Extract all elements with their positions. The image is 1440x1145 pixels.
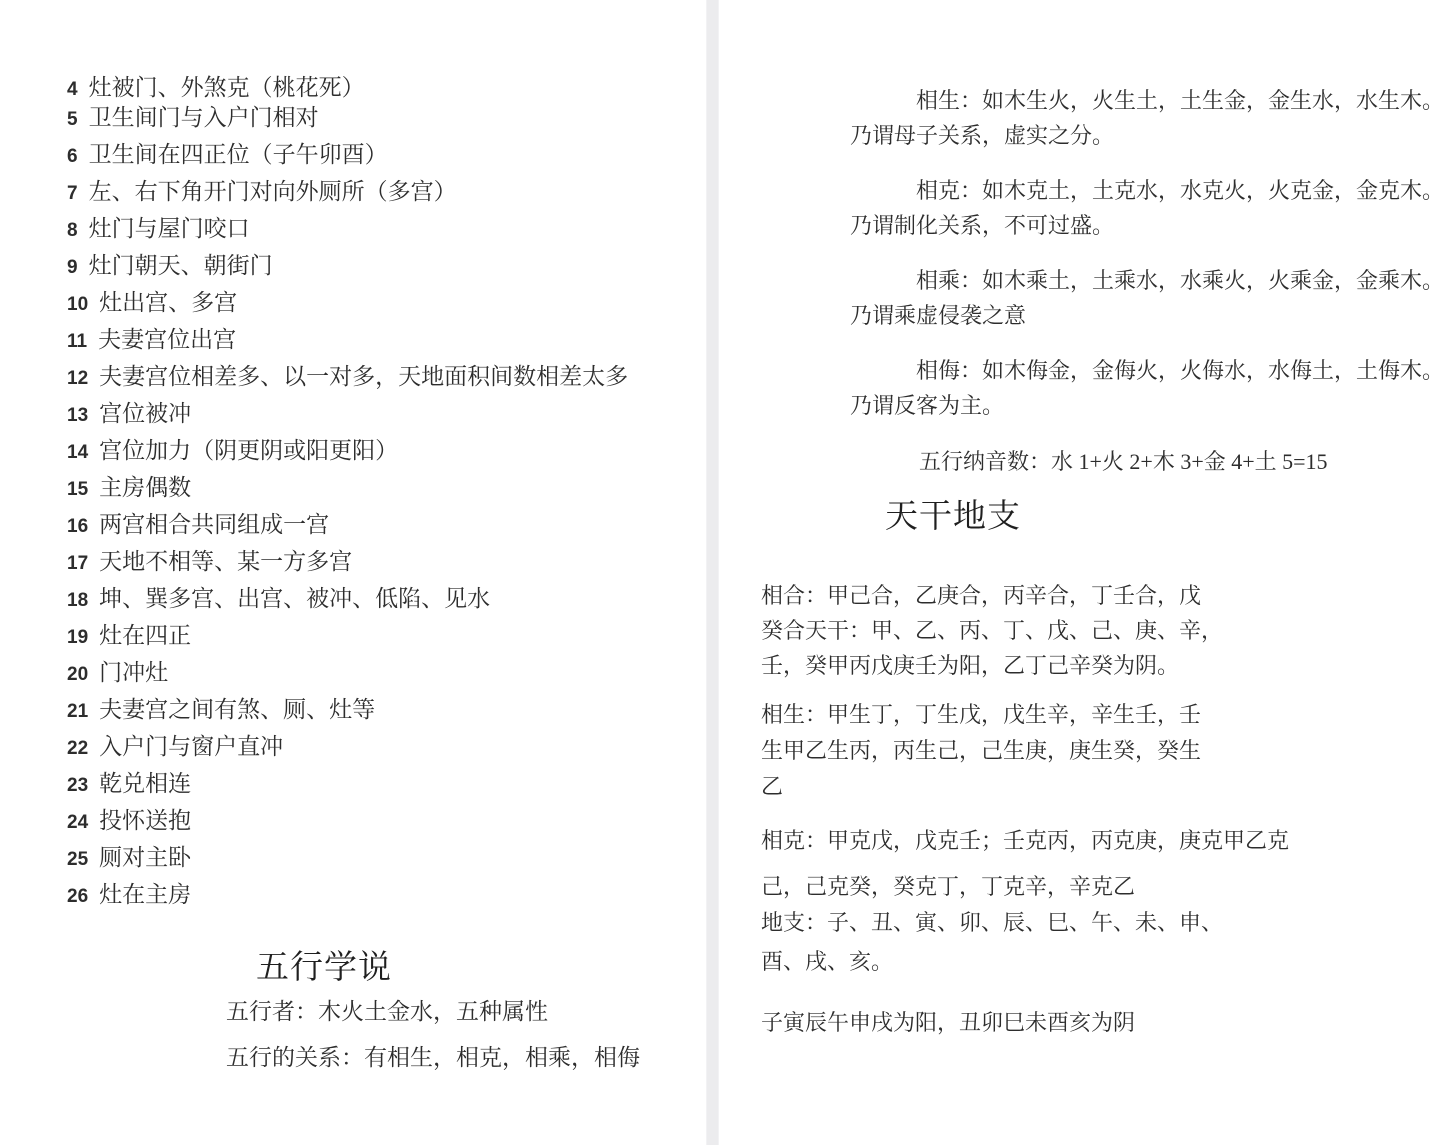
list-item-number: 15: [67, 476, 88, 504]
paragraph-line: 乃谓母子关系，虚实之分。: [850, 118, 1440, 153]
list-item: 26灶在主房: [67, 881, 628, 911]
list-item-number: 19: [67, 624, 88, 652]
list-item-text: 灶门与屋门咬口: [89, 215, 250, 243]
paragraph-line: 乃谓乘虚侵袭之意: [850, 298, 1440, 333]
paragraph-line: 癸合天干：甲、乙、丙、丁、戊、己、庚、辛，: [761, 613, 1223, 648]
list-item-text: 宫位被冲: [99, 400, 191, 428]
paragraph-line: 生甲乙生丙，丙生己，己生庚，庚生癸，癸生: [761, 733, 1201, 769]
paragraph-xiangwu: 相侮：如木侮金，金侮火，火侮水，水侮土，土侮木。 乃谓反客为主。: [850, 353, 1440, 423]
list-item: 12夫妻宫位相差多、以一对多，天地面积间数相差太多: [67, 363, 628, 393]
list-item-text: 左、右下角开门对向外厕所（多宫）: [89, 178, 457, 206]
paragraph-line: 相合：甲己合，乙庚合，丙辛合，丁壬合，戊: [761, 578, 1223, 613]
list-item-number: 20: [67, 661, 88, 689]
list-item-number: 18: [67, 587, 88, 615]
list-item: 23乾兑相连: [67, 770, 628, 800]
list-item: 19灶在四正: [67, 622, 628, 652]
page-gutter-divider: [706, 0, 719, 1145]
list-item: 4灶被门、外煞克（桃花死）: [67, 74, 628, 104]
nayin-numbers-line: 五行纳音数：水 1+火 2+木 3+金 4+土 5=15: [919, 445, 1328, 476]
list-item: 8灶门与屋门咬口: [67, 215, 628, 245]
list-item-text: 乾兑相连: [99, 770, 191, 798]
paragraph-line: 子寅辰午申戌为阳，丑卯巳未酉亥为阴: [761, 1005, 1135, 1041]
list-item-text: 坤、巽多宫、出宫、被冲、低陷、见水: [99, 585, 490, 613]
list-item-number: 10: [67, 291, 88, 319]
list-item-text: 厕对主卧: [99, 844, 191, 872]
list-item: 25厕对主卧: [67, 844, 628, 874]
list-item-text: 灶出宫、多宫: [99, 289, 237, 317]
list-item-text: 宫位加力（阴更阴或阳更阳）: [99, 437, 398, 465]
list-item-text: 入户门与窗户直冲: [99, 733, 283, 761]
paragraph-line: 相生：如木生火，火生土，土生金，金生水，水生木。: [850, 83, 1440, 118]
paragraph-line: 相侮：如木侮金，金侮火，火侮水，水侮土，土侮木。: [850, 353, 1440, 388]
page-right: 相生：如木生火，火生土，土生金，金生水，水生木。 乃谓母子关系，虚实之分。 相克…: [719, 0, 1440, 1145]
list-item-number: 22: [67, 735, 88, 763]
paragraph-line: 乃谓制化关系，不可过盛。: [850, 208, 1440, 243]
list-item-number: 16: [67, 513, 88, 541]
list-item-number: 9: [67, 254, 78, 282]
paragraph-line: 酉、戌、亥。: [761, 942, 1223, 981]
list-item: 11夫妻宫位出宫: [67, 326, 628, 356]
paragraph-xianghe-stems: 相合：甲己合，乙庚合，丙辛合，丁壬合，戊 癸合天干：甲、乙、丙、丁、戊、己、庚、…: [761, 578, 1223, 683]
list-item-number: 24: [67, 809, 88, 837]
list-item: 14宫位加力（阴更阴或阳更阳）: [67, 437, 628, 467]
paragraph-xiangcheng: 相乘：如木乘土，土乘水，水乘火，火乘金，金乘木。 乃谓乘虚侵袭之意: [850, 263, 1440, 333]
list-item: 18坤、巽多宫、出宫、被冲、低陷、见水: [67, 585, 628, 615]
page-left: 4灶被门、外煞克（桃花死） 5卫生间门与入户门相对 6卫生间在四正位（子午卯酉）…: [0, 0, 706, 1145]
list-item-number: 13: [67, 402, 88, 430]
paragraph-xiangsheng: 相生：如木生火，火生土，土生金，金生水，水生木。 乃谓母子关系，虚实之分。: [850, 83, 1440, 153]
list-item-text: 卫生间在四正位（子午卯酉）: [89, 141, 388, 169]
heading-wuxing-theory: 五行学说: [256, 941, 392, 988]
list-item: 20门冲灶: [67, 659, 628, 689]
list-item-number: 23: [67, 772, 88, 800]
list-item-number: 26: [67, 883, 88, 911]
paragraph-line: 壬，癸甲丙戊庚壬为阳，乙丁己辛癸为阴。: [761, 648, 1223, 683]
list-item-number: 6: [67, 143, 78, 171]
paragraph-xiangke-stems: 相克：甲克戊，戊克壬；壬克丙，丙克庚，庚克甲乙克 己，己克癸，癸克丁，丁克辛，辛…: [761, 818, 1289, 910]
list-item-number: 5: [67, 106, 78, 134]
wuxing-members-line: 五行者：木火土金水，五种属性: [226, 998, 548, 1026]
list-item-text: 灶在四正: [99, 622, 191, 650]
list-item-text: 灶在主房: [99, 881, 191, 909]
wuxing-relations-line: 五行的关系：有相生，相克，相乘，相侮: [226, 1044, 640, 1072]
list-item: 15主房偶数: [67, 474, 628, 504]
paragraph-line: 乙: [761, 769, 1201, 805]
list-item-text: 卫生间门与入户门相对: [89, 104, 319, 132]
list-item: 13宫位被冲: [67, 400, 628, 430]
list-item: 24投怀送抱: [67, 807, 628, 837]
list-item-number: 12: [67, 365, 88, 393]
paragraph-dizhi-branches: 地支：子、丑、寅、卯、辰、巳、午、未、申、 酉、戌、亥。: [761, 903, 1223, 981]
list-item: 6卫生间在四正位（子午卯酉）: [67, 141, 628, 171]
list-item-text: 主房偶数: [99, 474, 191, 502]
list-item: 9灶门朝天、朝街门: [67, 252, 628, 282]
paragraph-line: 地支：子、丑、寅、卯、辰、巳、午、未、申、: [761, 903, 1223, 942]
list-item-number: 14: [67, 439, 88, 467]
paragraph-line: 相生：甲生丁，丁生戊，戊生辛，辛生壬，壬: [761, 697, 1201, 733]
list-item-text: 门冲灶: [99, 659, 168, 687]
list-item-number: 21: [67, 698, 88, 726]
list-item-text: 天地不相等、某一方多宫: [99, 548, 352, 576]
list-item-number: 25: [67, 846, 88, 874]
paragraph-line: 相乘：如木乘土，土乘水，水乘火，火乘金，金乘木。: [850, 263, 1440, 298]
list-item-text: 夫妻宫位相差多、以一对多，天地面积间数相差太多: [99, 363, 628, 391]
fault-list: 4灶被门、外煞克（桃花死） 5卫生间门与入户门相对 6卫生间在四正位（子午卯酉）…: [67, 74, 628, 918]
paragraph-line: 相克：甲克戊，戊克壬；壬克丙，丙克庚，庚克甲乙克: [761, 818, 1289, 864]
list-item: 5卫生间门与入户门相对: [67, 104, 628, 134]
list-item-text: 两宫相合共同组成一宫: [99, 511, 329, 539]
list-item: 7左、右下角开门对向外厕所（多宫）: [67, 178, 628, 208]
list-item-number: 17: [67, 550, 88, 578]
list-item-number: 8: [67, 217, 78, 245]
list-item-number: 7: [67, 180, 78, 208]
paragraph-xiangke: 相克：如木克土，土克水，水克火，火克金，金克木。 乃谓制化关系，不可过盛。: [850, 173, 1440, 243]
list-item: 21夫妻宫之间有煞、厕、灶等: [67, 696, 628, 726]
list-item: 22入户门与窗户直冲: [67, 733, 628, 763]
list-item: 16两宫相合共同组成一宫: [67, 511, 628, 541]
list-item-text: 夫妻宫之间有煞、厕、灶等: [99, 696, 375, 724]
list-item-number: 11: [67, 328, 87, 356]
list-item: 17天地不相等、某一方多宫: [67, 548, 628, 578]
paragraph-line: 相克：如木克土，土克水，水克火，火克金，金克木。: [850, 173, 1440, 208]
paragraph-xiangsheng-stems: 相生：甲生丁，丁生戊，戊生辛，辛生壬，壬 生甲乙生丙，丙生己，己生庚，庚生癸，癸…: [761, 697, 1201, 805]
list-item-text: 灶门朝天、朝街门: [89, 252, 273, 280]
list-item-text: 投怀送抱: [99, 807, 191, 835]
list-item-text: 夫妻宫位出宫: [98, 326, 236, 354]
list-item-text: 灶被门、外煞克（桃花死）: [89, 74, 365, 102]
paragraph-line: 乃谓反客为主。: [850, 388, 1440, 423]
list-item: 10灶出宫、多宫: [67, 289, 628, 319]
list-item-number: 4: [67, 76, 78, 104]
heading-tiangan-dizhi: 天干地支: [885, 490, 1021, 537]
paragraph-yin-yang-branches: 子寅辰午申戌为阳，丑卯巳未酉亥为阴: [761, 1005, 1135, 1041]
